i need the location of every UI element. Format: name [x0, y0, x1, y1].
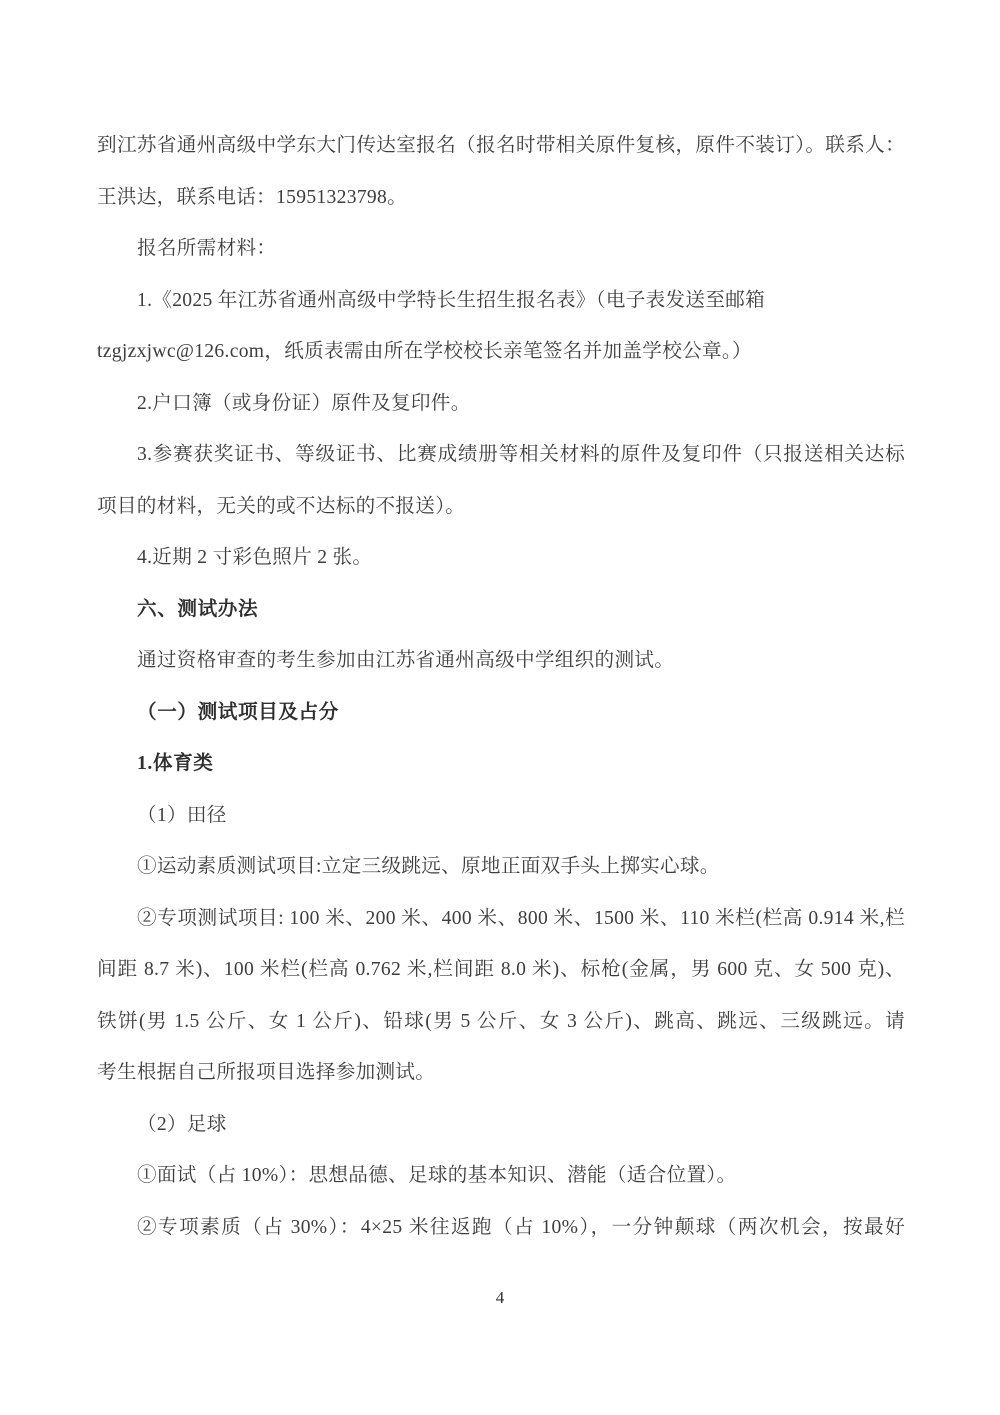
heading-test-method: 六、测试办法 — [97, 584, 905, 636]
text-line-test-method-body: 通过资格审查的考生参加由江苏省通州高级中学组织的测试。 — [97, 635, 905, 687]
text-line-materials-intro: 报名所需材料： — [97, 223, 905, 275]
text-line-material-1: 1.《2025 年江苏省通州高级中学特长生招生报名表》（电子表发送至邮箱 — [97, 275, 905, 327]
text-line-material-4: 4.近期 2 寸彩色照片 2 张。 — [97, 532, 905, 584]
page-number: 4 — [0, 1287, 1000, 1309]
text-line-special-test-1: ②专项测试项目: 100 米、200 米、400 米、800 米、1500 米、… — [97, 893, 905, 945]
text-line-material-3: 3.参赛获奖证书、等级证书、比赛成绩册等相关材料的原件及复印件（只报送相关达标 — [97, 429, 905, 481]
text-line-email: tzgjzxjwc@126.com，纸质表需由所在学校校长亲笔签名并加盖学校公章… — [97, 326, 905, 378]
text-line-material-3-cont: 项目的材料，无关的或不达标的不报送）。 — [97, 481, 905, 533]
subheading-football: （2）足球 — [97, 1099, 905, 1151]
text-line-football-quality: ②专项素质（占 30%）：4×25 米往返跑（占 10%），一分钟颠球（两次机会… — [97, 1202, 905, 1254]
text-line-special-test-4: 考生根据自己所报项目选择参加测试。 — [97, 1047, 905, 1099]
heading-test-items-and-scores: （一）测试项目及占分 — [97, 687, 905, 739]
document-body: 到江苏省通州高级中学东大门传达室报名（报名时带相关原件复核，原件不装订）。联系人… — [97, 120, 905, 1253]
text-line-special-test-2: 间距 8.7 米)、100 米栏(栏高 0.762 米,栏间距 8.0 米)、标… — [97, 944, 905, 996]
text-line-fitness-test: ①运动素质测试项目:立定三级跳远、原地正面双手头上掷实心球。 — [97, 841, 905, 893]
subheading-track-and-field: （1）田径 — [97, 790, 905, 842]
document-page: 到江苏省通州高级中学东大门传达室报名（报名时带相关原件复核，原件不装订）。联系人… — [0, 0, 1000, 1415]
heading-sports-category: 1.体育类 — [97, 738, 905, 790]
text-line-special-test-3: 铁饼(男 1.5 公斤、女 1 公斤)、铅球(男 5 公斤、女 3 公斤)、跳高… — [97, 996, 905, 1048]
text-line-contact-phone: 王洪达，联系电话：15951323798。 — [97, 172, 905, 224]
text-line-material-2: 2.户口簿（或身份证）原件及复印件。 — [97, 378, 905, 430]
text-line: 到江苏省通州高级中学东大门传达室报名（报名时带相关原件复核，原件不装订）。联系人… — [97, 120, 905, 172]
text-line-football-interview: ①面试（占 10%）：思想品德、足球的基本知识、潜能（适合位置）。 — [97, 1150, 905, 1202]
